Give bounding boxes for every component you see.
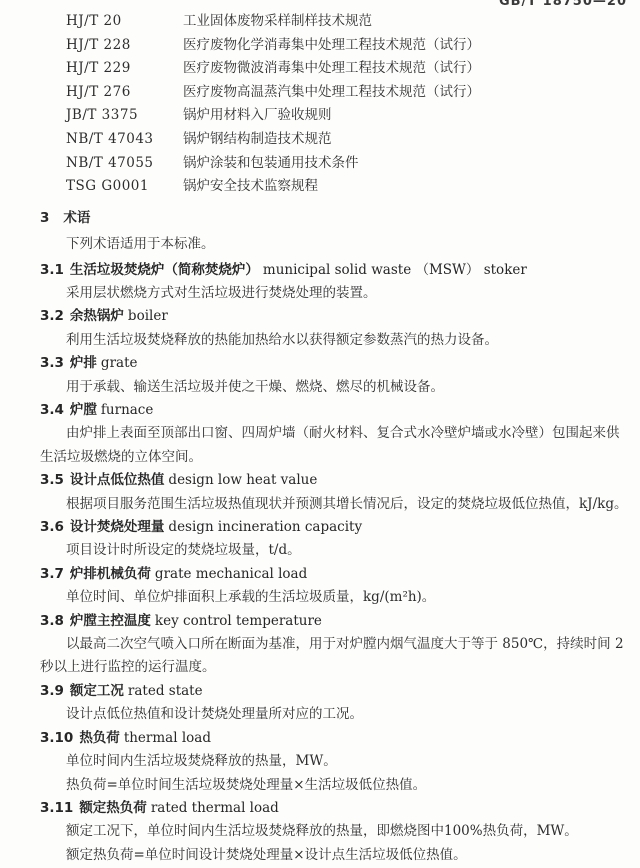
term-block-3-9: 3.9额定工况rated state 设计点低位热值和设计焚烧处理量所对应的工况… (40, 680, 628, 727)
term-definition: 额定工况下，单位时间内生活垃圾焚烧释放的热量，即燃烧图中100%热负荷，MW。 (40, 820, 628, 843)
term-definition: 单位时间内生活垃圾焚烧释放的热量，MW。 (40, 750, 628, 773)
term-heading: 3.5设计点低位热值design low heat value (40, 469, 628, 492)
term-name-zh: 炉膛 (70, 402, 97, 418)
terms-list: 3.1生活垃圾焚烧炉（简称焚烧炉）municipal solid waste （… (40, 259, 628, 868)
term-name-en: municipal solid waste （MSW） stoker (263, 262, 527, 278)
term-number: 3.11 (40, 800, 73, 816)
term-number: 3.6 (40, 519, 64, 535)
term-name-en: grate (101, 355, 138, 371)
term-block-3-11: 3.11额定热负荷rated thermal load 额定工况下，单位时间内生… (40, 797, 628, 867)
reference-code: HJ/T 20 (66, 10, 183, 33)
document-page: GB/T 18750—20 HJ/T 20 工业固体废物采样制样技术规范 HJ/… (0, 0, 640, 868)
reference-code: NB/T 47055 (66, 152, 183, 175)
term-heading: 3.2余热锅炉boiler (40, 305, 628, 328)
reference-row: NB/T 47055 锅炉涂装和包装通用技术条件 (40, 152, 628, 176)
reference-title: 医疗废物高温蒸汽集中处理工程技术规范（试行） (183, 81, 628, 104)
term-name-zh: 炉膛主控温度 (70, 613, 151, 629)
reference-row: HJ/T 276 医疗废物高温蒸汽集中处理工程技术规范（试行） (40, 81, 628, 105)
reference-code: NB/T 47043 (66, 128, 183, 151)
term-block-3-6: 3.6设计焚烧处理量design incineration capacity 项… (40, 516, 628, 563)
term-heading: 3.7炉排机械负荷grate mechanical load (40, 563, 628, 586)
term-heading: 3.4炉膛furnace (40, 399, 628, 422)
term-heading: 3.3炉排grate (40, 352, 628, 375)
term-name-en: key control temperature (155, 613, 322, 629)
term-number: 3.3 (40, 355, 64, 371)
term-number: 3.7 (40, 566, 64, 582)
reference-row: JB/T 3375 锅炉用材料入厂验收规则 (40, 104, 628, 128)
term-definition-formula: 热负荷=单位时间生活垃圾焚烧处理量×生活垃圾低位热值。 (40, 774, 628, 797)
term-block-3-5: 3.5设计点低位热值design low heat value 根据项目服务范围… (40, 469, 628, 516)
term-definition: 设计点低位热值和设计焚烧处理量所对应的工况。 (40, 703, 628, 726)
reference-code: HJ/T 228 (66, 34, 183, 57)
reference-title: 医疗废物微波消毒集中处理工程技术规范（试行） (183, 57, 628, 80)
reference-row: HJ/T 20 工业固体废物采样制样技术规范 (40, 10, 628, 34)
term-number: 3.2 (40, 308, 64, 324)
term-name-zh: 热负荷 (79, 730, 120, 746)
term-heading: 3.11额定热负荷rated thermal load (40, 797, 628, 820)
section-title: 术语 (63, 210, 90, 226)
term-number: 3.10 (40, 730, 73, 746)
reference-code: TSG G0001 (66, 175, 183, 198)
term-name-en: design low heat value (168, 472, 317, 488)
term-definition: 采用层状燃烧方式对生活垃圾进行焚烧处理的装置。 (40, 282, 628, 305)
term-name-zh: 设计点低位热值 (70, 472, 165, 488)
term-number: 3.5 (40, 472, 64, 488)
reference-title: 工业固体废物采样制样技术规范 (183, 10, 628, 33)
term-block-3-3: 3.3炉排grate 用于承载、输送生活垃圾并使之干燥、燃烧、燃尽的机械设备。 (40, 352, 628, 399)
term-name-en: grate mechanical load (155, 566, 307, 582)
reference-title: 锅炉涂装和包装通用技术条件 (183, 152, 628, 175)
reference-row: NB/T 47043 锅炉钢结构制造技术规范 (40, 128, 628, 152)
reference-row: HJ/T 228 医疗废物化学消毒集中处理工程技术规范（试行） (40, 34, 628, 58)
reference-title: 锅炉安全技术监察规程 (183, 175, 628, 198)
term-definition: 用于承载、输送生活垃圾并使之干燥、燃烧、燃尽的机械设备。 (40, 376, 628, 399)
term-name-en: rated thermal load (151, 800, 279, 816)
term-name-en: boiler (128, 308, 168, 324)
reference-code: JB/T 3375 (66, 104, 183, 127)
document-code-header: GB/T 18750—20 (499, 0, 627, 13)
term-number: 3.4 (40, 402, 64, 418)
terms-intro: 下列术语适用于本标准。 (40, 233, 628, 256)
term-block-3-1: 3.1生活垃圾焚烧炉（简称焚烧炉）municipal solid waste （… (40, 259, 628, 306)
term-name-en: design incineration capacity (168, 519, 362, 535)
term-definition: 项目设计时所设定的焚烧垃圾量，t/d。 (40, 539, 628, 562)
term-number: 3.9 (40, 683, 64, 699)
term-block-3-8: 3.8炉膛主控温度key control temperature 以最高二次空气… (40, 610, 628, 680)
term-name-zh: 额定热负荷 (79, 800, 147, 816)
section-number: 3 (40, 210, 49, 226)
term-block-3-10: 3.10热负荷thermal load 单位时间内生活垃圾焚烧释放的热量，MW。… (40, 727, 628, 797)
reference-title: 医疗废物化学消毒集中处理工程技术规范（试行） (183, 34, 628, 57)
term-definition: 由炉排上表面至顶部出口窗、四周炉墙（耐火材料、复合式水冷壁炉墙或水冷壁）包围起来… (40, 422, 628, 469)
term-definition: 根据项目服务范围生活垃圾热值现状并预测其增长情况后，设定的焚烧垃圾低位热值，kJ… (40, 493, 628, 516)
term-block-3-2: 3.2余热锅炉boiler 利用生活垃圾焚烧释放的热能加热给水以获得额定参数蒸汽… (40, 305, 628, 352)
term-name-zh: 生活垃圾焚烧炉（简称焚烧炉） (70, 262, 259, 278)
term-name-zh: 额定工况 (70, 683, 124, 699)
reference-row: TSG G0001 锅炉安全技术监察规程 (40, 175, 628, 199)
term-number: 3.8 (40, 613, 64, 629)
term-name-zh: 炉排 (70, 355, 97, 371)
term-name-en: furnace (101, 402, 153, 418)
term-heading: 3.10热负荷thermal load (40, 727, 628, 750)
reference-row: HJ/T 229 医疗废物微波消毒集中处理工程技术规范（试行） (40, 57, 628, 81)
term-definition: 利用生活垃圾焚烧释放的热能加热给水以获得额定参数蒸汽的热力设备。 (40, 329, 628, 352)
term-heading: 3.1生活垃圾焚烧炉（简称焚烧炉）municipal solid waste （… (40, 259, 628, 282)
reference-code: HJ/T 229 (66, 57, 183, 80)
term-definition: 以最高二次空气喷入口所在断面为基准，用于对炉膛内烟气温度大于等于 850℃，持续… (40, 633, 628, 680)
term-heading: 3.9额定工况rated state (40, 680, 628, 703)
term-heading: 3.8炉膛主控温度key control temperature (40, 610, 628, 633)
reference-code: HJ/T 276 (66, 81, 183, 104)
normative-references-list: HJ/T 20 工业固体废物采样制样技术规范 HJ/T 228 医疗废物化学消毒… (40, 10, 628, 199)
term-definition-formula: 额定热负荷=单位时间设计焚烧处理量×设计点生活垃圾低位热值。 (40, 844, 628, 867)
term-name-zh: 余热锅炉 (70, 308, 124, 324)
term-name-en: rated state (128, 683, 203, 699)
term-definition: 单位时间、单位炉排面积上承载的生活垃圾质量，kg/(m²h)。 (40, 586, 628, 609)
term-block-3-7: 3.7炉排机械负荷grate mechanical load 单位时间、单位炉排… (40, 563, 628, 610)
term-number: 3.1 (40, 262, 64, 278)
reference-title: 锅炉用材料入厂验收规则 (183, 104, 628, 127)
term-name-en: thermal load (124, 730, 211, 746)
term-name-zh: 设计焚烧处理量 (70, 519, 165, 535)
term-name-zh: 炉排机械负荷 (70, 566, 151, 582)
term-block-3-4: 3.4炉膛furnace 由炉排上表面至顶部出口窗、四周炉墙（耐火材料、复合式水… (40, 399, 628, 469)
reference-title: 锅炉钢结构制造技术规范 (183, 128, 628, 151)
section-heading-terms: 3术语 (40, 207, 628, 230)
term-heading: 3.6设计焚烧处理量design incineration capacity (40, 516, 628, 539)
